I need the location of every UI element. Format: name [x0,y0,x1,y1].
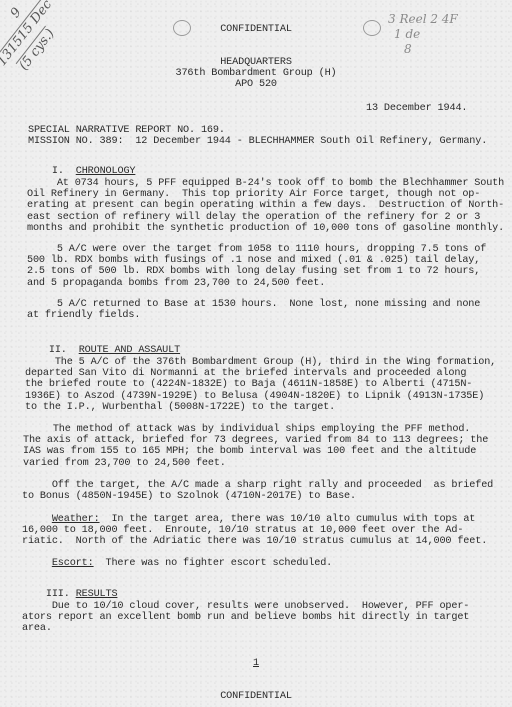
classification-bottom: CONFIDENTIAL [0,691,512,702]
text-line: The method of attack was by individual s… [23,424,488,435]
section-number: I. [52,166,64,177]
section-title: CHRONOLOGY [76,166,136,177]
text-line: at friendly fields. [27,310,480,321]
text-line: 16,000 to 18,000 feet. Enroute, 10/10 st… [22,525,487,536]
escort-paragraph: Escort: There was no fighter escort sche… [22,558,332,569]
page-number: 1 [0,658,512,669]
mission-line: MISSION NO. 389: 12 December 1944 - BLEC… [28,136,487,147]
text-line: IAS was from 155 to 165 MPH; the bomb in… [23,446,488,457]
escort-text: There was no fighter escort scheduled. [94,558,333,569]
section-number: II. [49,345,67,356]
text-line: Oil Refinery in Germany. This top priori… [27,189,504,200]
text-line: The axis of attack, briefed for 73 degre… [23,435,488,446]
text-line: area. [22,623,469,634]
weather-label: Weather: [52,514,100,525]
report-date: 13 December 1944. [366,103,467,114]
text-line: to Bonus (4850N-1945E) to Szolnok (4710N… [22,491,493,502]
text-line: to the I.P., Wurbenthal (5008N-1722E) to… [25,402,496,413]
text-line: east section of refinery will delay the … [27,212,504,223]
text-line: Due to 10/10 cloud cover, results were u… [22,601,469,612]
text-line: At 0734 hours, 5 PFF equipped B-24's too… [27,178,504,189]
text-line: 2.5 tons of 500 lb. RDX bombs with long … [27,266,486,277]
org-headquarters: HEADQUARTERS [0,57,512,68]
chronology-paragraph-2: 5 A/C were over the target from 1058 to … [27,244,486,289]
text-line: and 5 propaganda bombs from 23,700 to 24… [27,278,486,289]
text-line: 1936E) to Aszod (4739N-1929E) to Belusa … [25,391,496,402]
chronology-paragraph-3: 5 A/C returned to Base at 1530 hours. No… [27,299,480,321]
text-line: erating at present can begin operating w… [27,200,504,211]
text-line: Off the target, the A/C made a sharp rig… [22,480,493,491]
route-paragraph-1: The 5 A/C of the 376th Bombardment Group… [25,357,496,413]
text-line: The 5 A/C of the 376th Bombardment Group… [25,357,496,368]
text-line: riatic. North of the Adriatic there was … [22,536,487,547]
section-number: III. [46,589,70,600]
text-line: the briefed route to (4224N-1832E) to Ba… [25,379,496,390]
org-apo: APO 520 [0,79,512,90]
text-line: varied from 23,700 to 24,500 feet. [23,458,488,469]
weather-text: In the target area, there was 10/10 alto… [100,514,476,525]
document-page: 9 131515 Dec (5 cys.) 3 Reel 2 4F 1 de 8… [0,0,512,707]
section-title: RESULTS [76,589,118,600]
results-paragraph: Due to 10/10 cloud cover, results were u… [22,601,469,635]
text-line: 500 lb. RDX bombs with fusings of .1 nos… [27,255,486,266]
text-line: 5 A/C returned to Base at 1530 hours. No… [27,299,480,310]
report-title: SPECIAL NARRATIVE REPORT NO. 169. [28,125,225,136]
text-line: 5 A/C were over the target from 1058 to … [27,244,486,255]
route-paragraph-2: The method of attack was by individual s… [23,424,488,469]
text-line: ators report an excellent bomb run and b… [22,612,469,623]
classification-top: CONFIDENTIAL [0,24,512,35]
route-paragraph-3: Off the target, the A/C made a sharp rig… [22,480,493,502]
handwritten-line: 8 [404,42,458,57]
text-line: departed San Vito di Normanni at the bri… [25,368,496,379]
weather-paragraph: Weather: In the target area, there was 1… [22,514,487,548]
handwritten-line: 9 [8,5,25,21]
org-group: 376th Bombardment Group (H) [0,68,512,79]
text-line: Weather: In the target area, there was 1… [22,514,487,525]
escort-label: Escort: [52,558,94,569]
section-title: ROUTE AND ASSAULT [79,345,180,356]
chronology-paragraph-1: At 0734 hours, 5 PFF equipped B-24's too… [27,178,504,234]
text-line: months and prohibit the synthetic produc… [27,223,504,234]
